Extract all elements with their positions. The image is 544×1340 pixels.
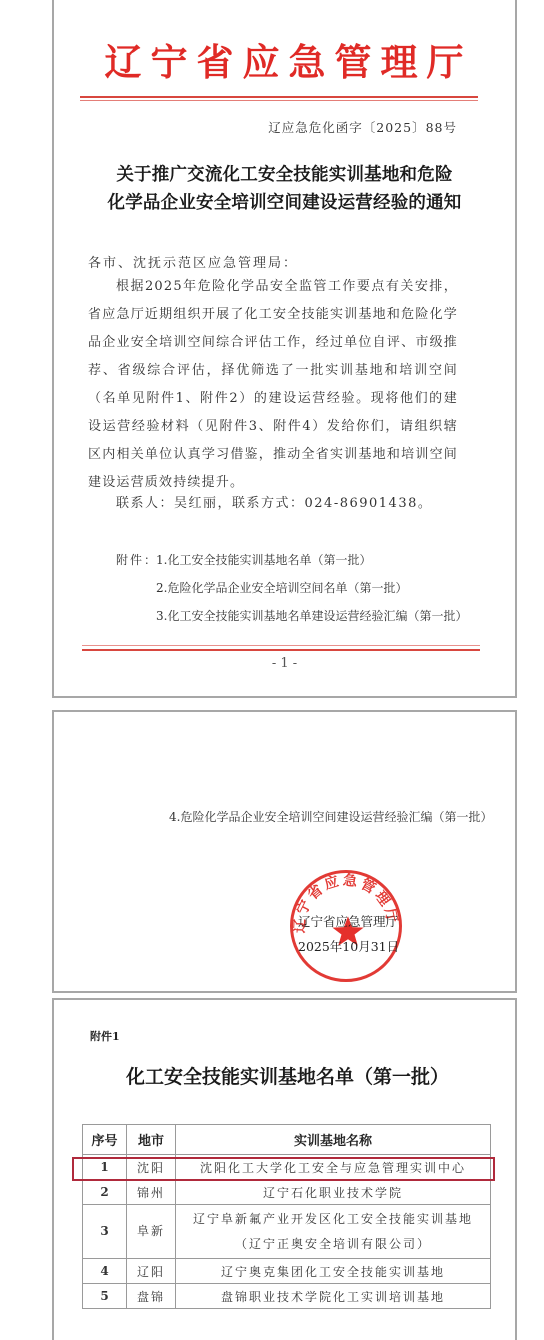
attachment-2: 2.危险化学品企业安全培训空间名单（第一批） (156, 581, 407, 595)
attachment-3: 3.化工安全技能实训基地名单建设运营经验汇编（第一批） (156, 609, 467, 623)
body-paragraph: 根据2025年危险化学品安全监管工作要点有关安排，省应急厅近期组织开展了化工安全… (88, 273, 458, 497)
document-title: 关于推广交流化工安全技能实训基地和危险 化学品企业安全培训空间建设运营经验的通知 (54, 161, 515, 217)
footer-red-rule-thin (82, 645, 480, 646)
table-header-row: 序号 地市 实训基地名称 (83, 1125, 491, 1155)
signing-organization: 辽宁省应急管理厅 (298, 912, 398, 930)
attachment-4: 4.危险化学品企业安全培训空间建设运营经验汇编（第一批） (169, 808, 492, 825)
row-base-name: 辽宁奥克集团化工安全技能实训基地 (176, 1259, 491, 1284)
row-city: 锦州 (127, 1180, 176, 1205)
row-base-name: 盘锦职业技术学院化工实训培训基地 (176, 1284, 491, 1309)
signing-date: 2025年10月31日 (298, 937, 399, 955)
row-city: 阜新 (127, 1205, 176, 1259)
table-row: 2 锦州 辽宁石化职业技术学院 (83, 1180, 491, 1205)
attachment-item: 附件：1.化工安全技能实训基地名单（第一批） (116, 549, 467, 577)
document-page-1: 辽宁省应急管理厅 辽应急危化函字〔2025〕88号 关于推广交流化工安全技能实训… (52, 0, 517, 698)
header-red-rule-thick (80, 96, 478, 98)
table-row: 4 辽阳 辽宁奥克集团化工安全技能实训基地 (83, 1259, 491, 1284)
row-city: 盘锦 (127, 1284, 176, 1309)
row-number: 3 (83, 1205, 127, 1259)
highlighted-row-box (72, 1157, 495, 1181)
title-line-1: 关于推广交流化工安全技能实训基地和危险 (54, 161, 515, 189)
salutation: 各市、沈抚示范区应急管理局： (88, 252, 298, 271)
row-base-name: 辽宁阜新氟产业开发区化工安全技能实训基地 （辽宁正奥安全培训有限公司） (176, 1205, 491, 1259)
attachment-item: 2.危险化学品企业安全培训空间名单（第一批） (116, 577, 467, 605)
page-number: - 1 - (54, 656, 515, 671)
annex-title: 化工安全技能实训基地名单（第一批） (54, 1062, 515, 1089)
row-number: 2 (83, 1180, 127, 1205)
row-number: 4 (83, 1259, 127, 1284)
row-city: 辽阳 (127, 1259, 176, 1284)
row-base-name: 辽宁石化职业技术学院 (176, 1180, 491, 1205)
training-base-table: 序号 地市 实训基地名称 1 沈阳 沈阳化工大学化工安全与应急管理实训中心 2 … (82, 1124, 491, 1309)
attachment-1: 1.化工安全技能实训基地名单（第一批） (156, 553, 371, 567)
header-number: 序号 (83, 1125, 127, 1155)
document-page-2: 4.危险化学品企业安全培训空间建设运营经验汇编（第一批） 辽宁省应急管理厅 辽宁… (52, 710, 517, 993)
masthead-title: 辽宁省应急管理厅 (54, 40, 515, 84)
footer-red-rule-thick (82, 649, 480, 651)
base-name-line-2: （辽宁正奥安全培训有限公司） (176, 1232, 490, 1257)
contact-info: 联系人：吴红丽，联系方式：024-86901438。 (116, 492, 432, 511)
row-number: 5 (83, 1284, 127, 1309)
header-red-rule-thin (80, 100, 478, 101)
header-base-name: 实训基地名称 (176, 1125, 491, 1155)
header-city: 地市 (127, 1125, 176, 1155)
base-name-line-1: 辽宁阜新氟产业开发区化工安全技能实训基地 (176, 1207, 490, 1232)
attachment-item: 3.化工安全技能实训基地名单建设运营经验汇编（第一批） (116, 605, 467, 633)
table-row: 3 阜新 辽宁阜新氟产业开发区化工安全技能实训基地 （辽宁正奥安全培训有限公司） (83, 1205, 491, 1259)
document-page-3: 附件1 化工安全技能实训基地名单（第一批） 序号 地市 实训基地名称 1 沈阳 … (52, 998, 517, 1340)
attachments-list: 附件：1.化工安全技能实训基地名单（第一批） 2.危险化学品企业安全培训空间名单… (116, 549, 467, 633)
table-row: 5 盘锦 盘锦职业技术学院化工实训培训基地 (83, 1284, 491, 1309)
attachments-label: 附件： (116, 549, 156, 571)
document-number: 辽应急危化函字〔2025〕88号 (268, 118, 457, 136)
annex-label: 附件1 (90, 1028, 120, 1044)
title-line-2: 化学品企业安全培训空间建设运营经验的通知 (54, 189, 515, 217)
